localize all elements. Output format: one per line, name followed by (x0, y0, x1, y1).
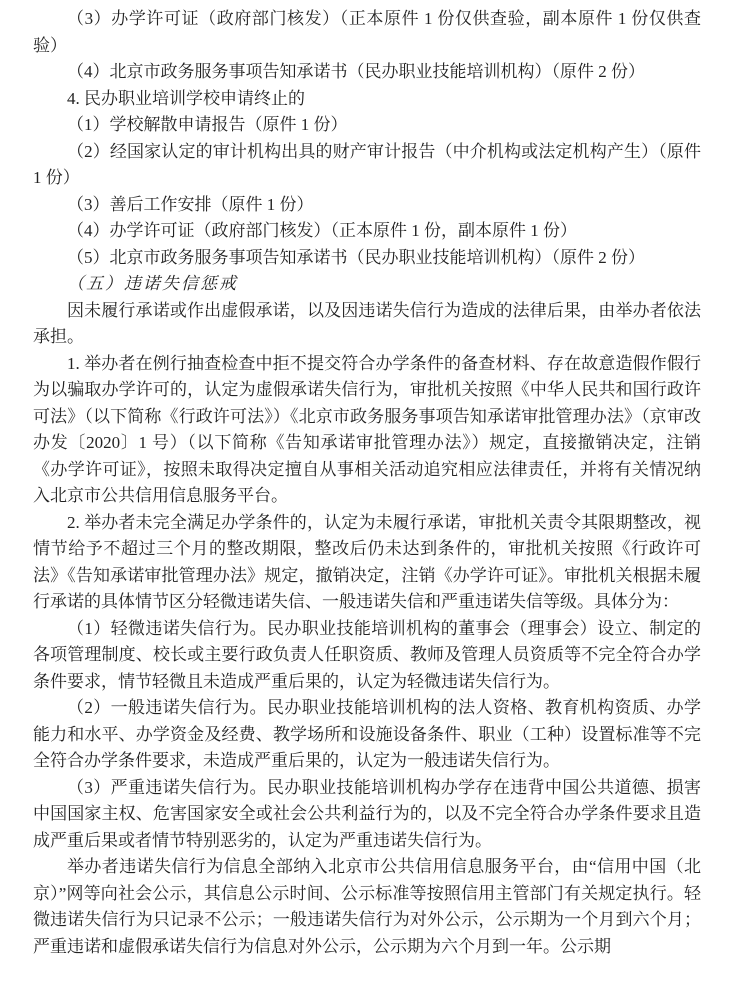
document-paragraph: 因未履行承诺或作出虚假承诺，以及因违诺失信行为造成的法律后果，由举办者依法承担。 (33, 298, 701, 351)
document-paragraph: （4）办学许可证（政府部门核发）（正本原件 1 份，副本原件 1 份） (33, 218, 701, 245)
document-paragraph: 4. 民办职业培训学校申请终止的 (33, 86, 701, 113)
document-paragraph: （2）一般违诺失信行为。民办职业技能培训机构的法人资格、教育机构资质、办学能力和… (33, 695, 701, 775)
document-paragraph: 举办者违诺失信行为信息全部纳入北京市公共信用信息服务平台，由“信用中国（北京）”… (33, 854, 701, 960)
document-paragraph: （1）轻微违诺失信行为。民办职业技能培训机构的董事会（理事会）设立、制定的各项管… (33, 616, 701, 696)
document-paragraph: 2. 举办者未完全满足办学条件的，认定为未履行承诺，审批机关责令其限期整改，视情… (33, 510, 701, 616)
document-paragraph: （3）严重违诺失信行为。民办职业技能培训机构办学存在违背中国公共道德、损害中国国… (33, 775, 701, 855)
document-page: （3）办学许可证（政府部门核发）（正本原件 1 份仅供查验，副本原件 1 份仅供… (0, 0, 734, 1002)
document-paragraph: 1. 举办者在例行抽查检查中拒不提交符合办学条件的备查材料、存在故意造假作假行为… (33, 351, 701, 510)
document-paragraph: （3）办学许可证（政府部门核发）（正本原件 1 份仅供查验，副本原件 1 份仅供… (33, 6, 701, 59)
document-paragraph: （2）经国家认定的审计机构出具的财产审计报告（中介机构或法定机构产生）（原件 1… (33, 139, 701, 192)
document-paragraph: （5）北京市政务服务事项告知承诺书（民办职业技能培训机构）（原件 2 份） (33, 245, 701, 272)
section-heading: （五）违诺失信惩戒 (33, 271, 701, 298)
document-paragraph: （4）北京市政务服务事项告知承诺书（民办职业技能培训机构）（原件 2 份） (33, 59, 701, 86)
document-paragraph: （3）善后工作安排（原件 1 份） (33, 192, 701, 219)
document-paragraph: （1）学校解散申请报告（原件 1 份） (33, 112, 701, 139)
